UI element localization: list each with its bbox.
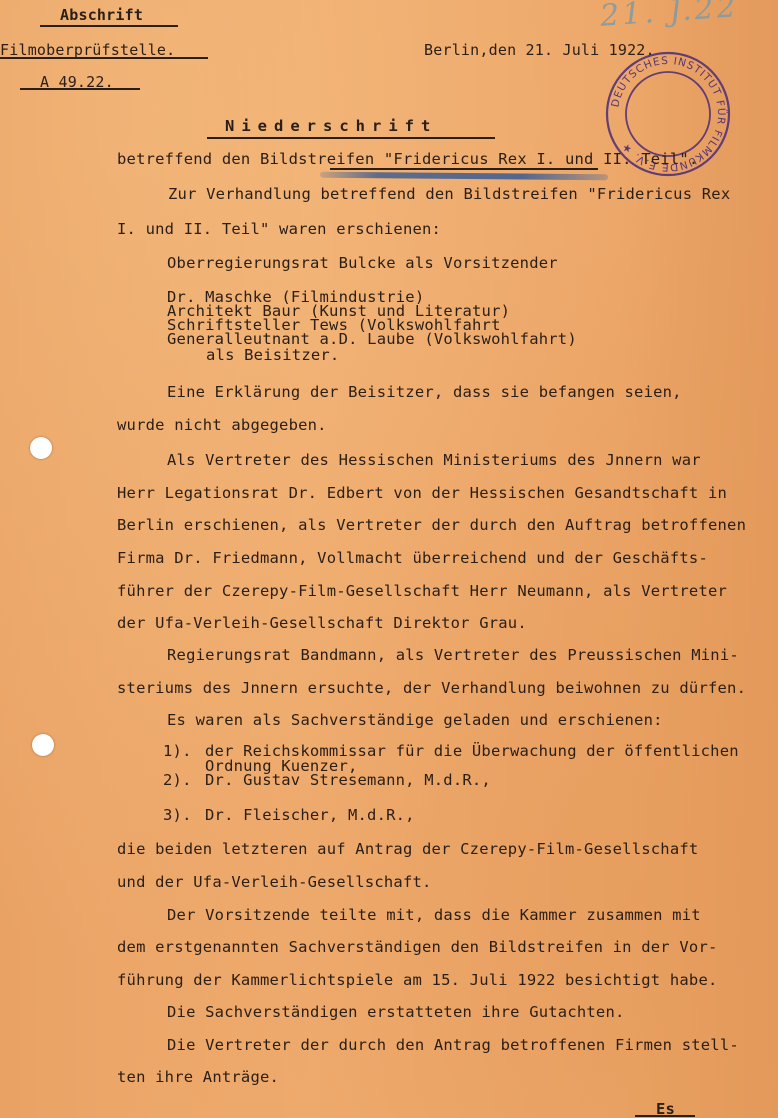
expert-number: 3). [163, 806, 192, 824]
body-line: und der Ufa-Verleih-Gesellschaft. [117, 873, 432, 891]
expert-line: Dr. Gustav Stresemann, M.d.R., [205, 771, 491, 789]
copy-label: Abschrift [60, 6, 143, 24]
body-line: führer der Czerepy-Film-Gesellschaft Her… [117, 582, 727, 600]
body-line: dem erstgenannten Sachverständigen den B… [117, 938, 718, 956]
body-line: Regierungsrat Bandmann, als Vertreter de… [167, 646, 739, 664]
body-line: der Ufa-Verleih-Gesellschaft Direktor Gr… [117, 614, 527, 632]
document-title: Niederschrift [225, 117, 437, 135]
title-underline [207, 137, 495, 139]
catchword-underline [635, 1115, 695, 1117]
handwritten-note: 21. J.22 [599, 0, 740, 34]
body-line: Die Sachverständigen erstatteten ihre Gu… [167, 1003, 625, 1021]
punch-hole-top [30, 437, 52, 459]
body-line: Der Vorsitzende teilte mit, dass die Kam… [167, 906, 701, 924]
expert-number: 2). [163, 771, 192, 789]
paragraph-line: Zur Verhandlung betreffend den Bildstrei… [168, 185, 730, 203]
body-line: steriums des Jnnern ersuchte, der Verhan… [117, 679, 746, 697]
chair-line: Oberregierungsrat Bulcke als Vorsitzende… [167, 254, 558, 272]
body-line: wurde nicht abgegeben. [117, 416, 327, 434]
subject-underline [330, 168, 598, 170]
body-line: Berlin erschienen, als Vertreter der dur… [117, 516, 746, 534]
assessors-suffix: als Beisitzer. [206, 346, 339, 364]
body-line: Die Vertreter der durch den Antrag betro… [167, 1036, 739, 1054]
body-line: führung der Kammerlichtspiele am 15. Jul… [117, 971, 718, 989]
body-line: Firma Dr. Friedmann, Vollmacht überreich… [117, 549, 708, 567]
blue-pencil-mark [320, 172, 608, 181]
body-line: ten ihre Anträge. [117, 1068, 279, 1086]
body-line: Herr Legationsrat Dr. Edbert von der Hes… [117, 484, 727, 502]
body-line: Es waren als Sachverständige geladen und… [167, 711, 663, 729]
file-number-underline [20, 88, 140, 90]
office-underline [0, 57, 208, 59]
punch-hole-bottom [32, 734, 54, 756]
body-line: die beiden letzteren auf Antrag der Czer… [117, 840, 698, 858]
expert-line: Dr. Fleischer, M.d.R., [205, 806, 415, 824]
subject-line: betreffend den Bildstreifen "Fridericus … [117, 150, 698, 168]
paragraph-line: I. und II. Teil" waren erschienen: [117, 220, 441, 238]
expert-number: 1). [163, 742, 192, 760]
body-line: Eine Erklärung der Beisitzer, dass sie b… [167, 383, 682, 401]
copy-label-underline [40, 25, 178, 27]
document-page: 21. J.22 Abschrift Filmoberprüfstelle. A… [0, 0, 778, 1118]
body-line: Als Vertreter des Hessischen Ministerium… [167, 451, 701, 469]
